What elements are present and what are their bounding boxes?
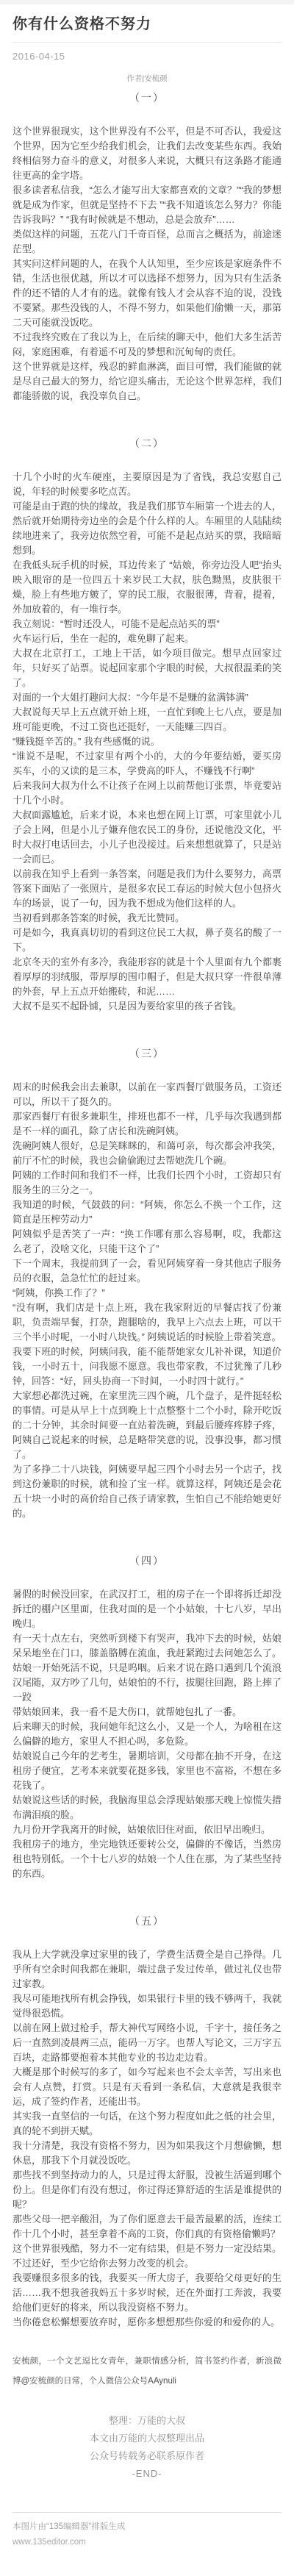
publish-date: 2016-04-15	[12, 51, 282, 62]
paragraph: 我要赚很多很多的钱，我要买一所大房子，我要给父母更好的生活……我不想我爸我妈五十…	[12, 2271, 282, 2315]
paragraph: 大叔不是买不起卧铺，只是因为要给家里的孩子省钱。	[12, 999, 282, 1014]
paragraph: 我从上大学就没拿过家里的钱了，学费生活费全是自己挣得。几乎所有空余时间我都在兼职…	[12, 1947, 282, 1992]
author-line: 作者|安梳颜	[12, 73, 282, 84]
paragraph: 当你倦怠松懈想要放弃时，愿你多想想那些你爱的和爱你的人。	[12, 2315, 282, 2330]
paragraph: 这个世界很残酷，努力不一定有结果，但是不努力一定没结果。不过还好，至少它给你去努…	[12, 2242, 282, 2271]
paragraph: 那些找不到坚持动力的人，只是过得太舒服，没被生活逼到哪个份上。但是你们有没有想过…	[12, 2168, 282, 2212]
paragraph: 带姑娘回来，我一看不是大伤口，就帮她包扎了一番。	[12, 1705, 282, 1720]
top-edge-strip	[0, 0, 294, 4]
paragraph: 当初看到那条答案的时候，我无比赞同。	[12, 911, 282, 926]
paragraph: 周末的时候我会出去兼职，以前在一家西餐厅做服务员，工资还可以，所以干了挺久的。	[12, 1080, 282, 1109]
article-page: 你有什么资格不努力 2016-04-15 作者|安梳颜 （一）这个世界很现实，这…	[0, 0, 294, 2576]
author-bio: 安梳颜，一个文艺逗比女青年，兼职情感分析，简书签约作者，新浪微博@安梳颜的日常，…	[12, 2352, 282, 2391]
section-header: （三）	[12, 1046, 282, 1061]
paragraph: 我立刻说：“暂时还没人，可能不是起点站买的票”	[12, 617, 282, 632]
paragraph: 北京冬天的室外有多冷，我能形容的就是十个人里面有九个都裹着厚厚的羽绒服，带厚厚的…	[12, 955, 282, 999]
paragraph: 后来聊天的时候，我问她年纪这么小，又是一个人，为啥租在这么偏僻的地方，家里人不担…	[12, 1720, 282, 1749]
article-body: （一）这个世界很现实，这个世界没有不公平，但是不可否认，我爱这个世界，因为它至少…	[12, 90, 282, 2330]
paragraph: 姑娘说这些话的时候，我脑海里总会浮现姑娘那天晚上惊慌失措布满泪痕的脸。	[12, 1793, 282, 1822]
section-header: （一）	[12, 90, 282, 105]
paragraph: 我租房子的地方，坐完地铁还要转公交，偏僻的不像话，当然房租也特别低。一个十七八岁…	[12, 1837, 282, 1881]
end-mark: -END-	[12, 2465, 282, 2483]
paragraph: 暑假的时候没回家，在武汉打工，租的房子在一个即将拆迁却没拆迁的棚户区里面，住我对…	[12, 1587, 282, 1631]
credit-line: 本文由万能的大叔整理出品	[12, 2430, 282, 2447]
paragraph: “谁说不是呢，不过家里有两个小的，大的今年要结婚，要买房买车，小的又读的是三本，…	[12, 749, 282, 779]
credits-block: 整理：万能的大叔 本文由万能的大叔整理出品 公众号转载务必联系原作者 -END-	[12, 2412, 282, 2483]
paragraph: 在我低头玩手机的时候，耳边传来了 “姑娘，你旁边没人吧”抬头映入眼帘的是一位四五…	[12, 558, 282, 617]
paragraph: “阿姨，你换工作了？”	[12, 1286, 282, 1300]
paragraph: 九月份开学我离开的时候，姑娘依旧住对面，依旧早出晚归。	[12, 1822, 282, 1837]
paragraph: 我十分清楚，我没有资格不努力，因为如果我这个月想偷懒，想休息，那我下个月就没饭吃…	[12, 2139, 282, 2168]
paragraph: 姑娘说自己今年的艺考生，暑期培训，父母都在抽不开身，在这租房子便宜，艺考本来就要…	[12, 1749, 282, 1793]
paragraph: 有一天十点左右，突然听到楼下有哭声，我冲下去的时候，姑娘呆呆地坐在门口，膝盖胳膊…	[12, 1631, 282, 1705]
paragraph: 不过我终究败在了我以为上，在后续的聊天中，他们大多生活苦闷，家庭困难，有着遥不可…	[12, 330, 282, 359]
paragraph: 对面的一个大姐打趣问大叔：“今年是不是赚的盆满钵满”	[12, 690, 282, 705]
paragraph: 可能是由于跑的快的缘故，我是我们那节车厢第一个进去的人，然后就开始期待旁边坐的会…	[12, 499, 282, 558]
paragraph: 后来我问大叔为什么不让孩子在网上以前帮他订张票，毕竟要站十几个小时。	[12, 779, 282, 808]
paragraph: “赚钱挺辛苦的。” 我有些感慨的说。	[12, 734, 282, 749]
section-header: （二）	[12, 436, 282, 451]
paragraph: 可是如今，我真真切切的看到这位民工大叔，鼻子莫名的酸了一下。	[12, 926, 282, 955]
paragraph: 阿姨的工作时间和我们不一样，比我们长四个小时，工资却只有服务生的三分之一。	[12, 1168, 282, 1198]
paragraph: 这个世界就是这样，残忍的鲜血淋漓，面目可憎，我们能做的就是尽自己最大的努力，给它…	[12, 359, 282, 404]
paragraph: 那家西餐厅有很多兼职生，排班也都不一样，几乎每次我遇到都是不一样的面孔，除了店长…	[12, 1109, 282, 1139]
paragraph: 以前在网上做过枪手，帮大神代写网络小说，千字十，接任务之后一直熬到凌晨两三点，能…	[12, 2021, 282, 2065]
paragraph: 大叔面露尴尬，后来才说，本来也想在网上订票，可家里就小儿子会上网，但是小儿子嫌弃…	[12, 808, 282, 867]
watermark-url: www.135editor.com	[12, 2538, 282, 2547]
credit-line: 整理：万能的大叔	[12, 2412, 282, 2430]
title-divider	[12, 42, 282, 43]
paragraph: 这个世界很现实，这个世界没有不公平，但是不可否认，我爱这个世界，因为它至少给我们…	[12, 124, 282, 183]
paragraph: 大叔说每天早上五点就开始上班，一直忙到晚上七八点，要是加班可能更晚，不过工资也还…	[12, 705, 282, 734]
paragraph: 我知道的时候，气鼓鼓的问：“阿姨，你怎么不换一个工作，这简直是压榨劳动力”	[12, 1198, 282, 1227]
paragraph: 以前我在知乎上看到一条答案，问题是我们为什么要努力，高票答案下面贴了一张照片，是…	[12, 867, 282, 911]
section-header: （五）	[12, 1914, 282, 1928]
paragraph: 很多读者私信我，“怎么才能写出大家都喜欢的文章？”“我的梦想就是成为作家，但就是…	[12, 183, 282, 227]
paragraph: 大叔在北京打工，工地上干活，如今项目做完。想早点回家过年，只好买了站票。说起回家…	[12, 646, 282, 690]
paragraph: 洗碗阿姨人很好，总是笑眯眯的，和蔼可亲，每次都会冲我笑，前厅不忙的时候，我也会偷…	[12, 1139, 282, 1168]
paragraph: 那些父母一把辛酸泪，为了你们愿意去干最苦最累的活，连续工作十几个小时，甚至拿着不…	[12, 2212, 282, 2242]
paragraph: 我要下班的时候，阿姨问我，能不能帮她家女儿补补课，知道价钱，一小时五十，问我愿不…	[12, 1345, 282, 1389]
paragraph: 火车运行后，坐在一起的，难免聊了起来。	[12, 632, 282, 646]
paragraph: 阿姨似乎是苦笑了一声：“换工作哪有那么容易啊，哎，我都这么老了，没啥文化，只能干…	[12, 1227, 282, 1256]
paragraph: 我尽可能地找所有机会挣钱，如果银行卡里的钱不够两千，我就觉得很恐慌。	[12, 1992, 282, 2021]
paragraph: 类似这样的问题，五花八门千奇百怪，总而言之概括为，前途迷茫型。	[12, 227, 282, 257]
paragraph: 其实我一直坚信的一句话，在这个努力程度如此之低的社会里，真的轮不到拼天赋。	[12, 2109, 282, 2139]
paragraph: 其实问这样问题的人，在我个人认知里，至少应该是家庭条件不错，生活也很优越，所以才…	[12, 257, 282, 330]
watermark-generator-note: 本图片由“135编辑器”排版生成	[12, 2520, 282, 2532]
paragraph: 十几个小时的火车硬座，主要原因是为了省钱，我总安慰自己说，年轻的时候要多吃点苦。	[12, 470, 282, 499]
paragraph: 下一个周末，我提前到了一会，看见阿姨穿着一身其他店子服务员的衣服，急急忙忙的赶过…	[12, 1256, 282, 1286]
credit-line: 公众号转载务必联系原作者	[12, 2447, 282, 2465]
paragraph: 大概是那个时候写的多了，如今写起来也不会太辛苦，写出来也会有人点赞，打赏。只是有…	[12, 2065, 282, 2109]
section-header: （四）	[12, 1553, 282, 1568]
watermark-block: 本图片由“135编辑器”排版生成 www.135editor.com	[12, 2512, 282, 2547]
page-title: 你有什么资格不努力	[12, 15, 282, 34]
paragraph: “没有啊，我们店是十点上班，我在我家附近的早餐店找了份兼职，负责端早餐，打杂，跑…	[12, 1300, 282, 1345]
paragraph: 为了多挣二十八块钱，阿姨要早起三四个小时去另一个店子，找到这份兼职的时候，就和捡…	[12, 1462, 282, 1521]
paragraph: 大家想必都洗过碗，在家里洗三四个碗，几个盘子，是件挺轻松的事情。可是从早上十点到…	[12, 1389, 282, 1462]
